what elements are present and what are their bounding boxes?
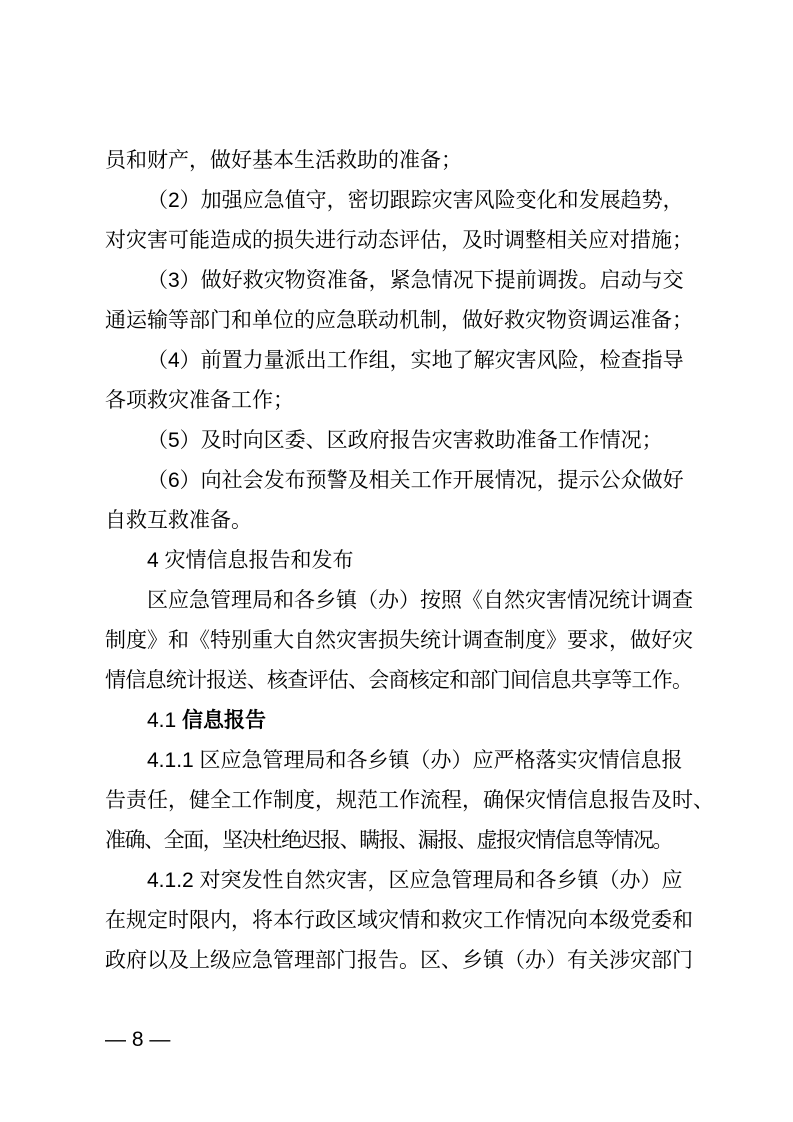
document-body: 员和财产，做好基本生活救助的准备； （2）加强应急值守，密切跟踪灾害风险变化和发… <box>105 141 693 981</box>
text-line: 对灾害可能造成的损失进行动态评估，及时调整相关应对措施； <box>105 221 693 261</box>
text-line: 情信息统计报送、核查评估、会商核定和部门间信息共享等工作。 <box>105 661 693 701</box>
text-line: 自救互救准备。 <box>105 501 693 541</box>
document-page: 员和财产，做好基本生活救助的准备； （2）加强应急值守，密切跟踪灾害风险变化和发… <box>0 0 793 1122</box>
text-line: 4.1.1 区应急管理局和各乡镇（办）应严格落实灾情信息报 <box>105 741 693 781</box>
text-line: 各项救灾准备工作； <box>105 381 693 421</box>
section-heading: 4 灾情信息报告和发布 <box>105 541 693 581</box>
text-line: 区应急管理局和各乡镇（办）按照《自然灾害情况统计调查 <box>105 581 693 621</box>
text-line: （2）加强应急值守，密切跟踪灾害风险变化和发展趋势， <box>105 181 693 221</box>
subsection-number: 4.1 <box>147 709 182 732</box>
text-line: 4.1.2 对突发性自然灾害，区应急管理局和各乡镇（办）应 <box>105 861 693 901</box>
text-line: 告责任，健全工作制度，规范工作流程，确保灾情信息报告及时、 <box>105 781 693 821</box>
text-line: 制度》和《特别重大自然灾害损失统计调查制度》要求，做好灾 <box>105 621 693 661</box>
subsection-title: 信息报告 <box>182 709 266 732</box>
text-line: （4）前置力量派出工作组，实地了解灾害风险，检查指导 <box>105 341 693 381</box>
text-line: （5）及时向区委、区政府报告灾害救助准备工作情况； <box>105 421 693 461</box>
text-line: 准确、全面，坚决杜绝迟报、瞒报、漏报、虚报灾情信息等情况。 <box>105 821 693 861</box>
page-number: — 8 — <box>105 1028 170 1052</box>
text-line: 在规定时限内，将本行政区域灾情和救灾工作情况向本级党委和 <box>105 901 693 941</box>
text-line: 政府以及上级应急管理部门报告。区、乡镇（办）有关涉灾部门 <box>105 941 693 981</box>
text-line: （6）向社会发布预警及相关工作开展情况，提示公众做好 <box>105 461 693 501</box>
text-line: 员和财产，做好基本生活救助的准备； <box>105 141 693 181</box>
subsection-heading: 4.1 信息报告 <box>105 701 693 741</box>
text-line: （3）做好救灾物资准备，紧急情况下提前调拨。启动与交 <box>105 261 693 301</box>
text-line: 通运输等部门和单位的应急联动机制，做好救灾物资调运准备； <box>105 301 693 341</box>
